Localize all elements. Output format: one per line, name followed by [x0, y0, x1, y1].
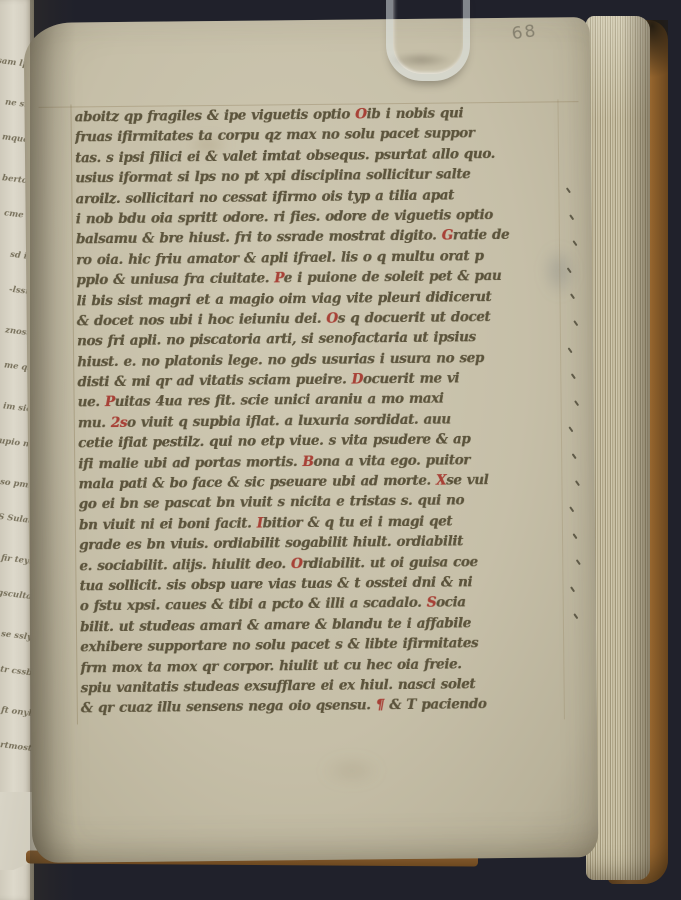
rubricated-initial: ¶ — [376, 698, 384, 714]
pricking-mark — [572, 453, 577, 459]
transparent-clip — [386, 0, 470, 81]
facing-page-text-fragment: fir teyl — [0, 553, 32, 567]
facing-page-text-fragment: gsculta — [0, 588, 32, 602]
facing-page-text-fragment: c tr cssb — [0, 664, 32, 679]
pricking-marks — [561, 189, 584, 649]
text-block: aboitz qp fragiles & ipe viguetis optio … — [75, 102, 561, 721]
rubricated-initial: P — [105, 395, 115, 411]
facing-page-text-fragment: S Sulat — [0, 512, 32, 526]
pricking-mark — [573, 613, 578, 619]
facing-page-text-fragment: se ssly — [1, 629, 33, 643]
pricking-mark — [571, 373, 576, 379]
pricking-mark — [576, 560, 581, 566]
pricking-mark — [575, 480, 580, 486]
manuscript-page: 68 aboitz qp fragiles & ipe viguetis opt… — [24, 17, 599, 863]
rubricated-initial: G — [442, 228, 453, 244]
pricking-mark — [566, 187, 571, 193]
pricking-mark — [570, 586, 575, 592]
pricking-mark — [572, 240, 577, 246]
pricking-mark — [567, 267, 572, 273]
pricking-mark — [569, 214, 574, 220]
rubricated-initial: S — [427, 595, 437, 611]
rubricated-initial: 2s — [111, 415, 127, 431]
rubricated-initial: D — [351, 372, 362, 388]
pricking-mark — [573, 320, 578, 326]
pricking-mark — [570, 294, 575, 300]
pricking-mark — [572, 533, 577, 539]
pricking-mark — [568, 427, 573, 433]
manuscript-line: & qr cuaz illu sensens nega oio qsensu. … — [81, 694, 561, 719]
parchment-stain — [321, 757, 381, 784]
rubricated-initial: O — [326, 311, 338, 327]
manuscript-photo: sam lpine ssimque-bertoscme qsd is-lssti… — [0, 0, 681, 900]
facing-page-text-fragment: ft onyl — [1, 705, 33, 719]
rubricated-initial: X — [436, 473, 446, 489]
pricking-mark — [574, 400, 579, 406]
folio-number: 68 — [511, 21, 539, 44]
rubricated-initial: I — [256, 515, 262, 531]
rubricated-initial: O — [291, 556, 303, 572]
rubricated-initial: P — [274, 270, 284, 286]
pricking-mark — [569, 506, 574, 512]
facing-page-text-fragment: rtmost — [0, 740, 32, 754]
pricking-mark — [568, 347, 573, 353]
rubricated-initial: O — [355, 106, 367, 122]
rubricated-initial: B — [302, 454, 313, 470]
